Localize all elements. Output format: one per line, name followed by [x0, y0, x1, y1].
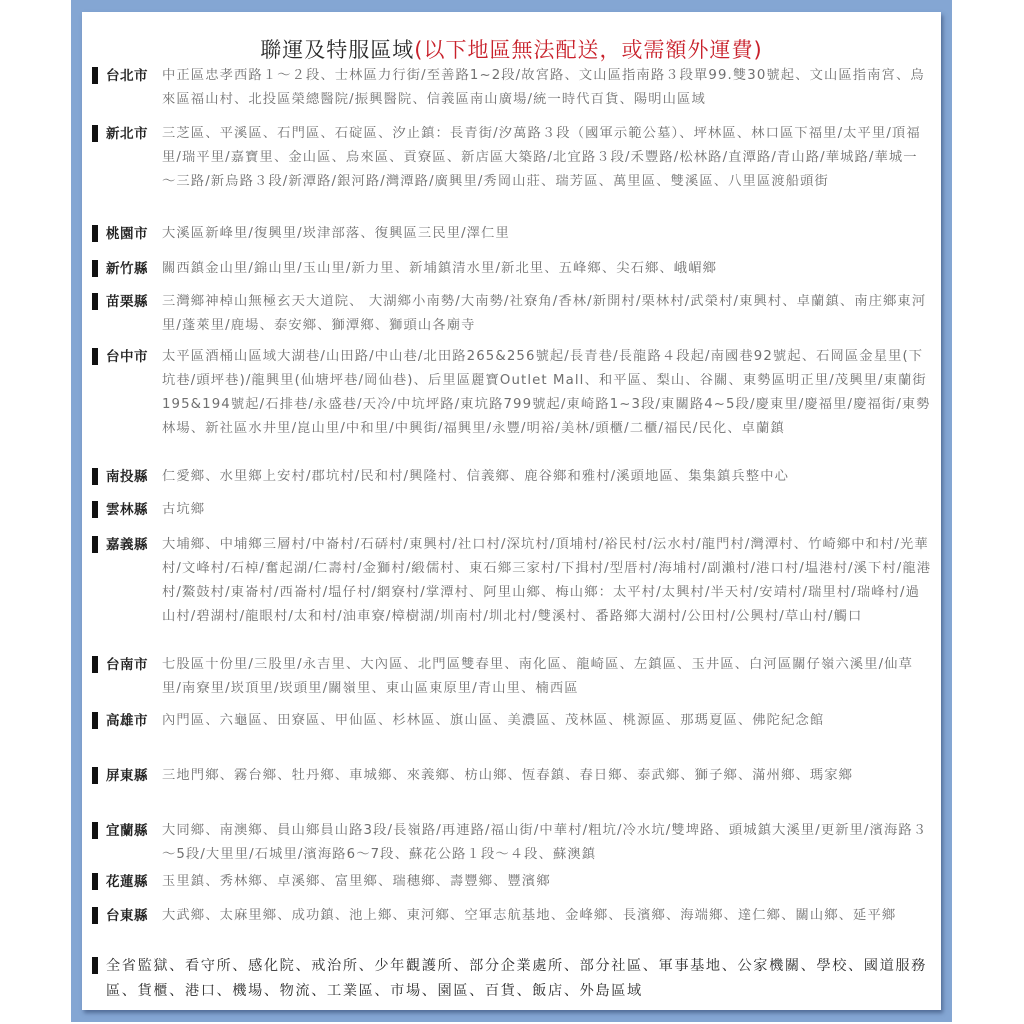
- region-name: 嘉義縣: [106, 533, 162, 557]
- region-tainan: 台南市七股區十份里/三股里/永吉里、大內區、北門區雙春里、南化區、龍崎區、左鎮區…: [92, 653, 932, 701]
- bullet-bar-icon: [92, 125, 98, 142]
- bullet-bar-icon: [92, 873, 98, 890]
- bullet-bar-icon: [92, 468, 98, 485]
- region-taichung: 台中市太平區酒桶山區域大湖巷/山田路/中山巷/北田路265&256號起/長青巷/…: [92, 345, 932, 441]
- region-taitung: 台東縣大武鄉、太麻里鄉、成功鎮、池上鄉、東河鄉、空軍志航基地、金峰鄉、長濱鄉、海…: [92, 904, 932, 928]
- title-note: (以下地區無法配送，或需額外運費): [414, 38, 762, 62]
- region-name: 屏東縣: [106, 764, 162, 788]
- region-name: 桃園市: [106, 222, 162, 246]
- region-pingtung: 屏東縣三地門鄉、霧台鄉、牡丹鄉、車城鄉、來義鄉、枋山鄉、恆春鎮、春日鄉、泰武鄉、…: [92, 764, 932, 788]
- region-areas: 三地門鄉、霧台鄉、牡丹鄉、車城鄉、來義鄉、枋山鄉、恆春鎮、春日鄉、泰武鄉、獅子鄉…: [162, 764, 932, 788]
- bullet-bar-icon: [92, 536, 98, 553]
- region-name: 新北市: [106, 122, 162, 146]
- region-areas: 中正區忠孝西路１～２段、士林區力行街/至善路1~2段/故宮路、文山區指南路３段單…: [162, 64, 932, 112]
- region-name: 台南市: [106, 653, 162, 677]
- region-areas: 內門區、六龜區、田寮區、甲仙區、杉林區、旗山區、美濃區、茂林區、桃源區、那瑪夏區…: [162, 709, 932, 733]
- title-main: 聯運及特服區域: [260, 38, 414, 62]
- region-chiayi: 嘉義縣大埔鄉、中埔鄉三層村/中崙村/石硦村/東興村/社口村/深坑村/頂埔村/裕民…: [92, 533, 932, 629]
- region-name: 台北市: [106, 64, 162, 88]
- region-name: 苗栗縣: [106, 290, 162, 314]
- region-areas: 大埔鄉、中埔鄉三層村/中崙村/石硦村/東興村/社口村/深坑村/頂埔村/裕民村/沄…: [162, 533, 932, 629]
- region-areas: 三灣鄉神棹山無極玄天大道院、 大湖鄉小南勢/大南勢/社寮角/香林/新開村/栗林村…: [162, 290, 932, 338]
- bullet-bar-icon: [92, 260, 98, 277]
- region-hualien: 花蓮縣玉里鎮、秀林鄉、卓溪鄉、富里鄉、瑞穗鄉、壽豐鄉、豐濱鄉: [92, 870, 932, 894]
- nationwide-areas: 全省監獄、看守所、感化院、戒治所、少年觀護所、部分企業處所、部分社區、軍事基地、…: [106, 954, 932, 1003]
- bullet-bar-icon: [92, 348, 98, 365]
- region-name: 高雄市: [106, 709, 162, 733]
- region-areas: 玉里鎮、秀林鄉、卓溪鄉、富里鄉、瑞穗鄉、壽豐鄉、豐濱鄉: [162, 870, 932, 894]
- region-name: 台東縣: [106, 904, 162, 928]
- region-nationwide: 全省監獄、看守所、感化院、戒治所、少年觀護所、部分企業處所、部分社區、軍事基地、…: [92, 954, 932, 1003]
- page-title: 聯運及特服區域(以下地區無法配送，或需額外運費): [82, 34, 941, 64]
- region-hsinchu: 新竹縣關西鎮金山里/錦山里/玉山里/新力里、新埔鎮清水里/新北里、五峰鄉、尖石鄉…: [92, 257, 932, 281]
- region-miaoli: 苗栗縣三灣鄉神棹山無極玄天大道院、 大湖鄉小南勢/大南勢/社寮角/香林/新開村/…: [92, 290, 932, 338]
- region-taoyuan: 桃園市大溪區新峰里/復興里/崁津部落、復興區三民里/澤仁里: [92, 222, 932, 246]
- region-areas: 關西鎮金山里/錦山里/玉山里/新力里、新埔鎮清水里/新北里、五峰鄉、尖石鄉、峨嵋…: [162, 257, 932, 281]
- region-yunlin: 雲林縣古坑鄉: [92, 498, 932, 522]
- region-name: 雲林縣: [106, 498, 162, 522]
- bullet-bar-icon: [92, 957, 98, 974]
- bullet-bar-icon: [92, 907, 98, 924]
- content-panel: 聯運及特服區域(以下地區無法配送，或需額外運費) 台北市中正區忠孝西路１～２段、…: [82, 12, 941, 1010]
- region-name: 新竹縣: [106, 257, 162, 281]
- region-name: 宜蘭縣: [106, 819, 162, 843]
- bullet-bar-icon: [92, 501, 98, 518]
- region-areas: 大武鄉、太麻里鄉、成功鎮、池上鄉、東河鄉、空軍志航基地、金峰鄉、長濱鄉、海端鄉、…: [162, 904, 932, 928]
- bullet-bar-icon: [92, 767, 98, 784]
- bullet-bar-icon: [92, 656, 98, 673]
- bullet-bar-icon: [92, 822, 98, 839]
- region-yilan: 宜蘭縣大同鄉、南澳鄉、員山鄉員山路3段/長嶺路/再連路/福山街/中華村/粗坑/冷…: [92, 819, 932, 867]
- region-name: 花蓮縣: [106, 870, 162, 894]
- bullet-bar-icon: [92, 225, 98, 242]
- region-areas: 古坑鄉: [162, 498, 932, 522]
- bullet-bar-icon: [92, 293, 98, 310]
- region-nantou: 南投縣仁愛鄉、水里鄉上安村/郡坑村/民和村/興隆村、信義鄉、鹿谷鄉和雅村/溪頭地…: [92, 465, 932, 489]
- region-name: 台中市: [106, 345, 162, 369]
- region-taipei: 台北市中正區忠孝西路１～２段、士林區力行街/至善路1~2段/故宮路、文山區指南路…: [92, 64, 932, 112]
- region-areas: 三芝區、平溪區、石門區、石碇區、汐止鎮：長青街/汐萬路３段（國軍示範公墓）、坪林…: [162, 122, 932, 194]
- bullet-bar-icon: [92, 712, 98, 729]
- bullet-bar-icon: [92, 67, 98, 84]
- region-kaohsiung: 高雄市內門區、六龜區、田寮區、甲仙區、杉林區、旗山區、美濃區、茂林區、桃源區、那…: [92, 709, 932, 733]
- region-areas: 仁愛鄉、水里鄉上安村/郡坑村/民和村/興隆村、信義鄉、鹿谷鄉和雅村/溪頭地區、集…: [162, 465, 932, 489]
- region-name: 南投縣: [106, 465, 162, 489]
- region-areas: 大同鄉、南澳鄉、員山鄉員山路3段/長嶺路/再連路/福山街/中華村/粗坑/冷水坑/…: [162, 819, 932, 867]
- region-areas: 大溪區新峰里/復興里/崁津部落、復興區三民里/澤仁里: [162, 222, 932, 246]
- region-areas: 太平區酒桶山區域大湖巷/山田路/中山巷/北田路265&256號起/長青巷/長龍路…: [162, 345, 932, 441]
- region-areas: 七股區十份里/三股里/永吉里、大內區、北門區雙春里、南化區、龍崎區、左鎮區、玉井…: [162, 653, 932, 701]
- region-new-taipei: 新北市三芝區、平溪區、石門區、石碇區、汐止鎮：長青街/汐萬路３段（國軍示範公墓）…: [92, 122, 932, 194]
